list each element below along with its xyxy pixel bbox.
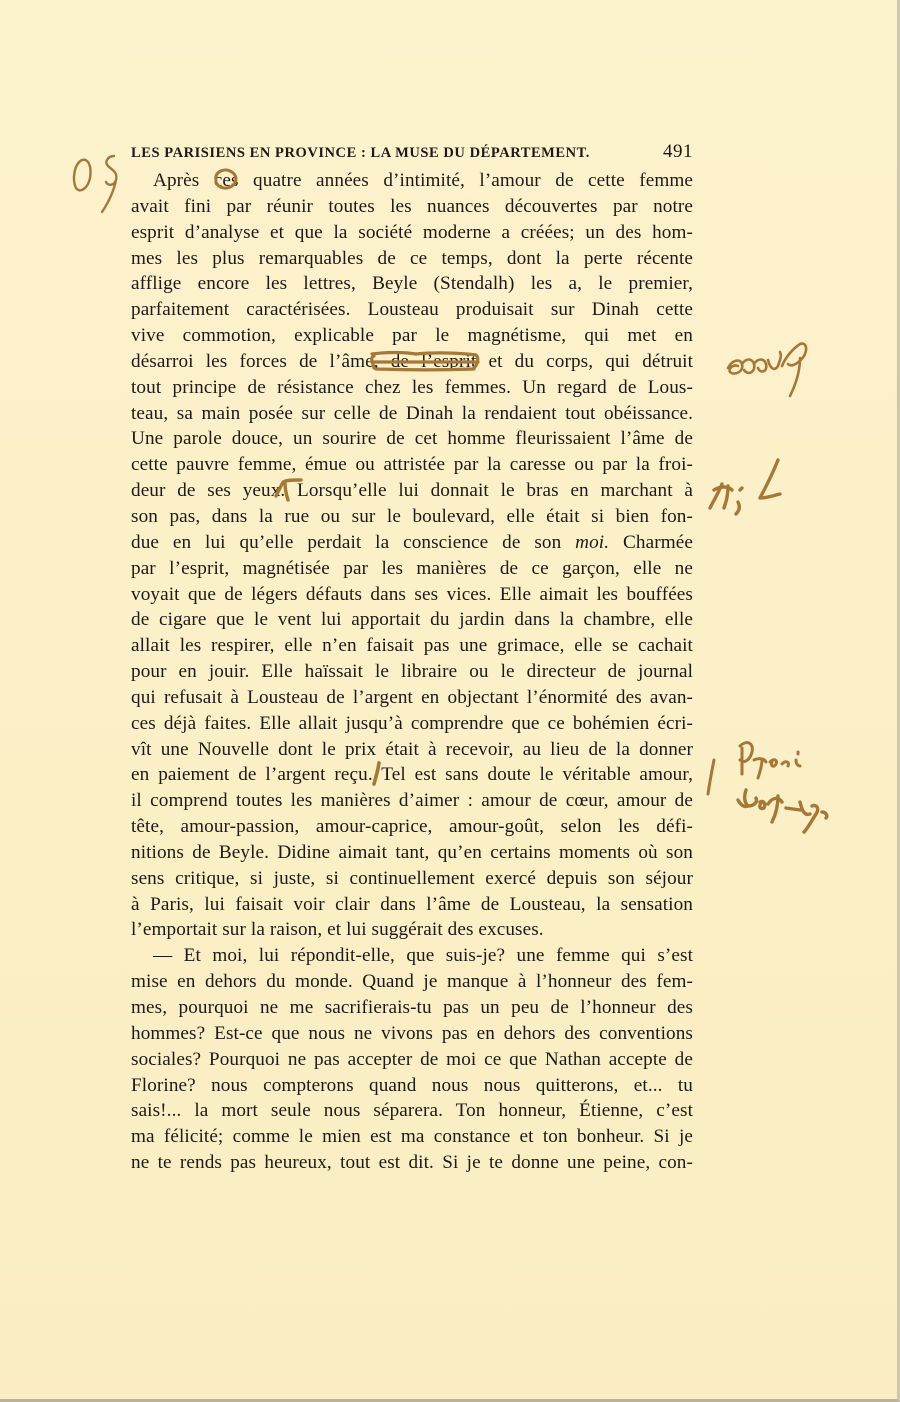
text-line: teau, sa main posée sur celle de Dinah l… <box>131 401 693 427</box>
running-head-title: LES PARISIENS EN PROVINCE : LA MUSE DU D… <box>131 145 590 162</box>
body-text: Après ces quatre années d’intimité, l’am… <box>131 168 693 1176</box>
text-line: mise en dehors du monde. Quand je manque… <box>131 969 693 995</box>
margin-annotation-top-left <box>68 150 128 220</box>
text-line: afflige encore les lettres, Beyle (Stend… <box>131 271 693 297</box>
text-line: Florine? nous compterons quand nous nous… <box>131 1073 693 1099</box>
text-line: il comprend toutes les manières d’aimer … <box>131 788 693 814</box>
page-number: 491 <box>663 141 693 163</box>
text-line: voyait que de légers défauts dans ses vi… <box>131 582 693 608</box>
text-line: parfaitement caractérisées. Lousteau pro… <box>131 297 693 323</box>
handwritten-spacing-note-icon <box>700 730 860 840</box>
text-line: cette pauvre femme, émue ou attristée pa… <box>131 452 693 478</box>
text-line-with-italic: due en lui qu’elle perdait la conscience… <box>131 530 693 556</box>
text-segment: Charmée <box>623 532 693 553</box>
text-line: ma félicité; comme le mien est ma consta… <box>131 1124 693 1150</box>
text-line: ces déjà faites. Elle allait jusqu’à com… <box>131 711 693 737</box>
text-line: Après ces quatre années d’intimité, l’am… <box>131 168 693 194</box>
text-line: nitions de Beyle. Didine aimait tant, qu… <box>131 840 693 866</box>
handwritten-paragraph-icon <box>700 450 790 516</box>
handwritten-o-s-icon <box>68 150 128 220</box>
text-line: sociales? Pourquoi ne pas accepter de mo… <box>131 1047 693 1073</box>
text-line: par l’esprit, magnétisée par les manière… <box>131 556 693 582</box>
handwritten-deleatur-icon <box>724 338 816 408</box>
text-line: allait les respirer, elle n’en faisait p… <box>131 633 693 659</box>
italic-word: moi. <box>575 532 609 553</box>
text-line: pour en jouir. Elle haïssait le libraire… <box>131 659 693 685</box>
text-line: esprit d’analyse et que la société moder… <box>131 220 693 246</box>
text-line: de cigare que le vent lui apportait du j… <box>131 607 693 633</box>
text-line: tête, amour-passion, amour-caprice, amou… <box>131 814 693 840</box>
text-line: sais!... la mort seule nous séparera. To… <box>131 1098 693 1124</box>
text-line: deur de ses yeux. Lorsqu’elle lui donnai… <box>131 478 693 504</box>
margin-annotation-deleatur <box>724 338 816 408</box>
text-line: désarroi les forces de l’âme, de l’espri… <box>131 349 693 375</box>
text-line: vive commotion, explicable par le magnét… <box>131 323 693 349</box>
text-line: — Et moi, lui répondit-elle, que suis-je… <box>131 943 693 969</box>
text-line: sens critique, si juste, si continuellem… <box>131 866 693 892</box>
text-line: ne te rends pas heureux, tout est dit. S… <box>131 1150 693 1176</box>
book-page: LES PARISIENS EN PROVINCE : LA MUSE DU D… <box>0 0 900 1402</box>
margin-annotation-new-paragraph <box>700 450 790 516</box>
text-line: Une parole douce, un sourire de cet homm… <box>131 426 693 452</box>
margin-annotation-spacing <box>700 730 860 840</box>
text-line: son pas, dans la rue ou sur le boulevard… <box>131 504 693 530</box>
text-line: à Paris, lui faisait voir clair dans l’â… <box>131 892 693 918</box>
text-line: mes les plus remarquables de ce temps, d… <box>131 246 693 272</box>
text-line: vît une Nouvelle dont le prix était à re… <box>131 737 693 763</box>
running-head: LES PARISIENS EN PROVINCE : LA MUSE DU D… <box>131 141 693 165</box>
text-segment: due en lui qu’elle perdait la conscience… <box>131 532 561 553</box>
text-line: l’emportait sur la raison, et lui suggér… <box>131 917 693 943</box>
text-line: hommes? Est-ce que nous ne vivons pas en… <box>131 1021 693 1047</box>
text-line: tout principe de résistance chez les fem… <box>131 375 693 401</box>
text-line: qui refusait à Lousteau de l’argent en o… <box>131 685 693 711</box>
text-line: mes, pourquoi ne me sacrifierais-tu pas … <box>131 995 693 1021</box>
text-line: en paiement de l’argent reçu. Tel est sa… <box>131 762 693 788</box>
text-line: avait fini par réunir toutes les nuances… <box>131 194 693 220</box>
